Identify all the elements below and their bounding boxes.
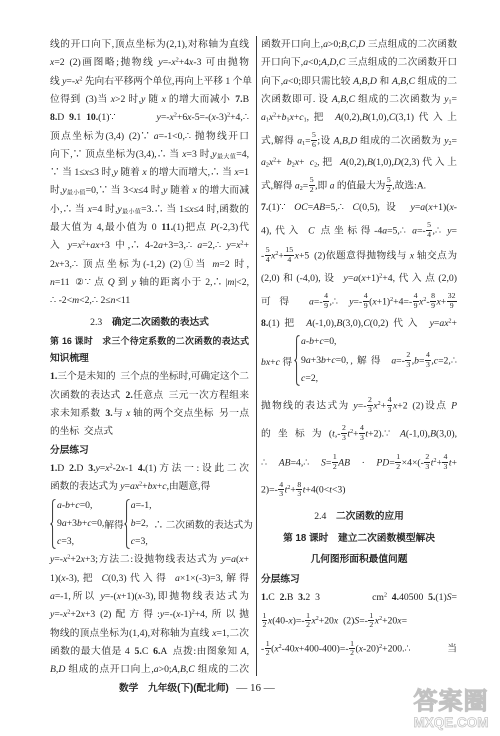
math-variable: A	[400, 428, 406, 439]
superscript: 2	[275, 251, 278, 257]
subscript: 2	[300, 186, 303, 192]
system-lead: bx+c 得	[261, 354, 292, 368]
left-column: 线的开口向下,顶点坐标为(2,1),对称轴为直线 x=2 (2)画图略;抛物线 …	[50, 0, 249, 736]
subscript: 1	[302, 141, 305, 147]
superscript: 2	[139, 482, 142, 488]
subscript: 最小值	[122, 209, 141, 215]
question-number: 2.	[280, 592, 287, 603]
answer-line: 1.C 2.B 3.2 3 cm2 4.40500 5.(1)S=	[261, 589, 457, 607]
question-number: 3.	[105, 408, 112, 419]
fraction-denominator: 4	[284, 256, 294, 265]
superscript: 2	[378, 401, 381, 407]
subsection-heading-knowledge-review: 知识梳理	[50, 350, 249, 368]
equation: c=2,	[301, 370, 348, 389]
superscript: 2	[241, 241, 244, 247]
math-variable: x	[288, 615, 292, 626]
answer-line: 求未知系数 3.与 x 轴的两个交点坐标 另一点	[50, 405, 249, 423]
equation: a-b+c=0,	[57, 497, 104, 515]
math-variable: t	[303, 484, 306, 495]
superscript: 2	[287, 485, 290, 491]
math-variable: ax	[90, 240, 99, 251]
math-variable: y	[447, 225, 451, 236]
math-variable: x	[239, 554, 243, 565]
fraction-denominator: 3	[387, 406, 393, 415]
math-variable: B	[50, 664, 56, 675]
math-variable: x	[50, 57, 54, 68]
answer-line: 函数开口向上,a>0;B,C,D 三点组成的二次函数	[261, 36, 457, 54]
math-variable: x	[295, 643, 299, 654]
fraction: 43	[387, 396, 393, 414]
fraction: 43	[278, 481, 284, 499]
watermark-domain: MXQE.COM	[409, 715, 493, 730]
page-footer: 数学 九年级(下)(配北师) — 16 —	[119, 679, 275, 697]
answer-line: 8.(1)把 A(-1,0),B(3,0),C(0,2)代入 y=ax2+	[261, 315, 457, 333]
math-variable: a	[382, 225, 387, 236]
math-variable: x	[126, 408, 130, 419]
math-variable: y	[353, 400, 357, 411]
math-variable: B	[362, 112, 368, 123]
math-variable: D	[58, 664, 65, 675]
question-number: 7.	[235, 94, 242, 105]
fraction: 52	[309, 176, 315, 194]
fraction: 43	[442, 453, 448, 471]
math-variable: y	[344, 273, 348, 284]
answer-line: 函数的表达式为 y=ax2+bx+c,由题意,得	[50, 478, 249, 496]
math-variable: x	[81, 609, 85, 620]
superscript: 2	[227, 113, 230, 119]
math-variable: y	[132, 277, 136, 288]
answer-line: 1.D 2.D 3.y=x2-2x-1 4.(1)方法一:设此二次	[50, 460, 249, 478]
superscript: 2	[176, 58, 179, 64]
math-variable: AB	[338, 457, 350, 468]
fraction: 329	[447, 292, 457, 310]
math-variable: a	[353, 273, 358, 284]
superscript: 2	[279, 644, 282, 650]
math-variable: C	[349, 94, 355, 105]
math-variable: x	[189, 204, 193, 215]
question-number: 10.	[86, 112, 98, 123]
math-variable: AB	[279, 457, 291, 468]
math-variable: x	[88, 204, 92, 215]
math-variable: x	[187, 112, 191, 123]
math-variable: x	[393, 400, 397, 411]
fraction: 54	[426, 221, 432, 239]
superscript: 2	[67, 610, 70, 616]
fraction-denominator: 6	[311, 141, 317, 150]
fraction-denominator: 3	[278, 490, 284, 499]
math-variable: Q	[108, 277, 115, 288]
superscript: 2	[379, 616, 382, 622]
math-variable: x	[138, 591, 142, 602]
answer-key-page: 线的开口向下,顶点坐标为(2,1),对称轴为直线 x=2 (2)画图略;抛物线 …	[0, 0, 500, 736]
curly-brace-icon	[124, 499, 130, 549]
question-number: 9.	[69, 112, 76, 123]
answer-line: a=-1,所以 y=-(x+1)(x-3),即抛物线表达式为	[50, 588, 249, 606]
math-variable: b	[65, 500, 70, 511]
answer-line: -54x2+154x+5 (2)依题意得抛物线与 x 轴交点为	[261, 247, 457, 265]
math-variable: C	[102, 573, 108, 584]
math-variable: y	[68, 240, 72, 251]
math-variable: a	[57, 500, 62, 511]
fraction-denominator: 2	[262, 621, 268, 630]
superscript: 2	[316, 616, 319, 622]
superscript: 2	[449, 318, 452, 324]
answer-line: a1x2+b1x+c1,把 A(0,2),B(1,0),C(3,1)代入上	[261, 109, 457, 127]
fraction: 83	[296, 481, 302, 499]
answer-line: 时,y最小值=0,∵ 当 3<x≤4 时,y 随着 x 的增大而减	[50, 182, 249, 200]
math-variable: PD	[376, 457, 389, 468]
math-variable: A	[334, 135, 340, 146]
math-variable: ax	[130, 481, 139, 492]
math-variable: y	[349, 296, 353, 307]
superscript: 2	[273, 113, 276, 119]
math-variable: a	[391, 355, 396, 366]
math-variable: x	[334, 615, 338, 626]
math-variable: C	[339, 57, 345, 68]
subsection-heading-layered-practice: 分层练习	[50, 442, 249, 460]
math-variable: OC	[294, 202, 307, 213]
equation: 9a+3b+c=0,	[57, 515, 104, 533]
math-variable: x	[397, 615, 401, 626]
answer-line: 8.D 9.1 10.(1)∵ y=-x2+6x-5=-(x-3)2+4,∴	[50, 109, 249, 127]
question-number: 1.	[50, 371, 57, 382]
answer-line: 1.三个是未知的 三个点的坐标时,可确定这个二	[50, 368, 249, 386]
fraction-denominator: 2	[386, 186, 392, 195]
fraction: 12	[395, 453, 401, 471]
answer-line: 函数的最大值是 4 5.C 6.A 点拨:由图象知 A,	[50, 643, 249, 661]
fraction-denominator: 4	[426, 231, 432, 240]
answer-line: 可得 a=-49,∴ y=-49(x+1)2+4=-49x2-89x+329	[261, 293, 457, 311]
curly-brace-icon	[294, 335, 300, 386]
math-variable: y	[221, 554, 225, 565]
answer-line: 1)(x-3),把 C(0,3)代入得 a×1×(-3)=3,解得	[50, 570, 249, 588]
math-variable: b	[131, 518, 136, 529]
fraction: 43	[359, 424, 365, 442]
math-variable: C	[363, 318, 369, 329]
math-variable: x	[121, 463, 125, 474]
math-variable: y	[50, 609, 54, 620]
fraction-denominator: 3	[425, 361, 431, 370]
math-variable: m	[212, 259, 219, 270]
math-variable: x	[449, 202, 453, 213]
math-variable: y	[226, 240, 230, 251]
equation: c=3,	[57, 533, 104, 551]
subscript: 2	[449, 141, 452, 147]
answer-line: 2x+3,∴ 顶点坐标为(-1,2) (2)①当 m=2 时,	[50, 256, 249, 274]
superscript: 2	[174, 113, 177, 119]
math-variable: ax	[439, 318, 448, 329]
fraction: 12	[349, 640, 355, 658]
math-variable: a	[197, 240, 202, 251]
answer-line: 12x(40-x)=-12x2+20x (2)S=-12x2+20x=	[261, 612, 457, 630]
math-variable: x	[117, 591, 121, 602]
question-number: 7.	[261, 202, 268, 213]
math-variable: B	[336, 318, 342, 329]
math-variable: x	[410, 250, 414, 261]
math-variable: x	[212, 628, 216, 639]
fraction: 12	[265, 640, 271, 658]
math-variable: a	[154, 131, 159, 142]
math-variable: c	[75, 500, 79, 511]
fraction-denominator: 2	[309, 186, 315, 195]
fraction-denominator: 3	[424, 463, 430, 472]
math-variable: D	[370, 76, 377, 87]
math-variable: C	[353, 202, 359, 213]
question-number: 2.	[69, 463, 76, 474]
math-variable: a	[175, 573, 180, 584]
math-variable: y	[158, 57, 162, 68]
fraction: 23	[341, 424, 347, 442]
math-variable: m	[227, 277, 234, 288]
superscript: 2	[379, 644, 382, 650]
superscript: 2	[350, 429, 353, 435]
math-variable: x	[436, 296, 440, 307]
bold-text: 二次函数的应用	[336, 511, 404, 522]
answer-line: y=-x2+2x+3 (2)配方得:y=-(x-1)2+4,所以抛	[50, 606, 249, 624]
math-variable: A	[392, 76, 398, 87]
math-variable: a	[309, 296, 314, 307]
lesson-title-line-2: 几何图形面积最值问题	[261, 551, 457, 569]
math-variable: S	[447, 592, 452, 603]
math-variable: AB	[313, 202, 325, 213]
math-variable: x	[134, 185, 138, 196]
math-variable: B	[367, 157, 373, 168]
math-variable: y	[157, 112, 161, 123]
question-number: 6.	[153, 646, 160, 657]
answer-line: 式,解得 a1=56;设 A,B,D 组成的二次函数为 y2=	[261, 132, 457, 150]
fraction: 12	[262, 612, 268, 630]
math-variable: x	[193, 185, 197, 196]
math-variable: B	[341, 39, 347, 50]
lesson-title-line-1: 第 18 课时 建立二次函数模型解决	[261, 530, 457, 548]
question-number: 4.	[392, 592, 399, 603]
math-variable: x	[176, 609, 180, 620]
answer-line: a2x2+ b2x+ c2,把 A(0,2),B(1,0),D(2,3)代入上	[261, 154, 457, 172]
superscript: 2	[67, 555, 70, 561]
math-variable: y	[62, 76, 66, 87]
math-variable: x	[61, 573, 65, 584]
superscript: 2	[82, 241, 85, 247]
superscript: 2	[390, 297, 393, 303]
math-variable: A	[172, 664, 178, 675]
math-variable: A	[306, 318, 312, 329]
math-variable: y	[100, 591, 104, 602]
math-variable: y	[114, 167, 118, 178]
question-number: 2.	[125, 390, 132, 401]
system-equations: a-b+c=0, 9a+3b+c=0, c=2,	[301, 333, 348, 389]
math-variable: D	[329, 57, 336, 68]
solution-value: b=2,	[131, 515, 152, 533]
superscript: 2	[273, 158, 276, 164]
answer-line: 入 y=x2+ax+3 中,∴ 4-2a+3=3,∴ a=2,∴ y=x2+	[50, 237, 249, 255]
system-solution: a=-1, b=2, c=3,	[131, 497, 152, 552]
fraction: 12	[368, 612, 374, 630]
math-variable: c	[87, 518, 91, 529]
question-number: 1.	[50, 463, 57, 474]
answer-line: 线 y=-x2 先向右平移两个单位,再向上平移 1 个单	[50, 73, 249, 91]
math-variable: c	[162, 481, 166, 492]
math-variable: A	[321, 57, 327, 68]
math-variable: b	[414, 355, 419, 366]
superscript: 2	[79, 76, 82, 82]
answer-line: 物线的顶点坐标为(1,4),对称轴为直线 x=1,二次	[50, 625, 249, 643]
math-variable: b	[77, 518, 82, 529]
fraction-denominator: 2	[395, 463, 401, 472]
subscript: 2	[314, 163, 317, 169]
answer-line: 向下,∵ 顶点坐标为(3,4),∴ 当 x=3 时,y最大值=4,	[50, 146, 249, 164]
subscript: 最小值	[67, 191, 86, 197]
system-conclusion: ∴ 二次函数的表达式为	[154, 517, 253, 531]
math-variable: a	[154, 664, 159, 675]
solution-value: c=3,	[131, 533, 152, 551]
subscript: 1	[304, 118, 307, 124]
math-variable: C	[349, 39, 355, 50]
math-variable: A	[340, 157, 346, 168]
math-variable: x	[85, 167, 89, 178]
fraction: 12	[305, 612, 311, 630]
footer-subject: 数学 九年级(下)(配北师)	[119, 683, 229, 694]
equation-system: a-b+c=0, 9a+3b+c=0, c=3, 解得 a=-1, b=2, c…	[50, 497, 249, 552]
math-variable: x	[268, 615, 272, 626]
math-variable: D	[358, 39, 365, 50]
math-variable: y	[430, 318, 434, 329]
math-variable: c	[319, 336, 323, 347]
math-variable: bx	[261, 357, 270, 368]
superscript: 2	[384, 593, 387, 599]
math-variable: a	[412, 225, 417, 236]
math-variable: D	[350, 135, 357, 146]
fraction-denominator: 2	[349, 649, 355, 658]
question-number: 5.	[135, 646, 142, 657]
math-variable: P	[451, 400, 457, 411]
math-variable: A	[353, 76, 359, 87]
answer-line: 抛物线的表达式为 y=-23x2+43x+2 (2)设点 P	[261, 397, 457, 415]
answer-line: n=11 ②∵ 点 Q 到 y 轴的距离小于 2,∴ |m|<2,	[50, 274, 249, 292]
fraction-denominator: 2	[305, 621, 311, 630]
system-result: ,解得 a=-23,b=43,c=2,∴	[350, 352, 457, 370]
math-variable: A	[332, 94, 338, 105]
math-variable: c	[301, 373, 305, 384]
section-heading: 2.3 确定二次函数的表达式	[50, 314, 249, 332]
math-variable: y	[160, 609, 164, 620]
answer-line: 位得到 (3)当 x>2 时,y 随 x 的增大而减小 7.B	[50, 91, 249, 109]
solve-label: 解得	[104, 517, 123, 531]
fraction-denominator: 9	[447, 302, 457, 311]
subscript: 1	[449, 100, 452, 106]
fraction: 43	[425, 351, 431, 369]
answer-line: 小,∴ 当 x=4 时,y最小值=3.∴ 当 1≤x≤4 时,函数的	[50, 201, 249, 219]
curly-brace-icon	[50, 499, 56, 549]
section-heading: 2.4 二次函数的应用	[261, 508, 457, 526]
math-variable: C	[188, 664, 194, 675]
answer-line: 的坐标为(t,-23t2+43t+2).∵ A(-1,0),B(3,0),	[261, 425, 457, 443]
answer-line: 2)=-43t2+83t+4(0<t<3)	[261, 481, 457, 499]
fraction: 54	[265, 246, 271, 264]
math-variable: t	[332, 428, 335, 439]
fraction-denominator: 3	[341, 434, 347, 443]
math-variable: C	[308, 225, 314, 236]
fraction-denominator: 3	[367, 406, 373, 415]
fraction-denominator: 3	[359, 434, 365, 443]
fraction: 23	[424, 453, 430, 471]
math-variable: B	[362, 76, 368, 87]
question-number: 8.	[261, 318, 268, 329]
math-variable: B	[342, 135, 348, 146]
math-variable: a	[323, 39, 328, 50]
math-variable: m	[72, 295, 79, 306]
fraction-denominator: 2	[332, 463, 338, 472]
answer-line: 开口向下,a<0;A,D,C 三点组成的二次函数开口	[261, 54, 457, 72]
answer-line: 次函数即可. 设 A,B,C 组成的二次函数为 y1=	[261, 91, 457, 109]
answer-line: -12(x2-40x+400-400)=-12(x-20)2+200.∴ 当	[261, 640, 457, 658]
answer-line: ∴ AB=4,∴ S=12AB · PD=12×4×(-23t2+43t+	[261, 454, 457, 472]
solution-value: a=-1,	[131, 497, 152, 515]
math-variable: x	[289, 112, 293, 123]
math-variable: C	[409, 76, 415, 87]
superscript: 2	[192, 610, 195, 616]
math-variable: t	[329, 484, 332, 495]
math-variable: c	[131, 536, 135, 547]
fraction: 49	[413, 292, 419, 310]
answer-line: 4),代入 C 点坐标得-4a=5,∴ a=-54,∴ y=	[261, 222, 457, 240]
math-variable: a	[306, 355, 311, 366]
right-column: 函数开口向上,a>0;B,C,D 三点组成的二次函数 开口向下,a<0;A,D,…	[261, 0, 457, 736]
subsection-heading-layered-practice: 分层练习	[261, 571, 457, 589]
math-variable: A	[241, 646, 247, 657]
answer-line: (2,0)和(-4,0),设 y=a(x+1)2+4,代入点(2,0)	[261, 270, 457, 288]
math-variable: a	[301, 336, 306, 347]
math-variable: n	[111, 295, 116, 306]
math-variable: B	[430, 428, 436, 439]
math-variable: c	[331, 355, 335, 366]
math-variable: a	[62, 518, 67, 529]
math-variable: B	[180, 664, 186, 675]
question-number: 5.	[428, 592, 435, 603]
fraction: 23	[405, 351, 411, 369]
fraction: 49	[323, 292, 329, 310]
math-variable: bx	[148, 481, 157, 492]
system-equations: a-b+c=0, 9a+3b+c=0, c=3,	[57, 497, 104, 552]
math-variable: x	[295, 250, 299, 261]
fraction-denominator: 2	[368, 621, 374, 630]
math-variable: C	[389, 112, 395, 123]
math-variable: b	[309, 336, 314, 347]
math-variable: y	[141, 94, 145, 105]
math-variable: n	[50, 277, 55, 288]
question-number: 3.	[298, 592, 305, 603]
fraction-denominator: 3	[405, 361, 411, 370]
math-variable: c	[276, 357, 280, 368]
bold-text: 确定二次函数的表达式	[112, 317, 209, 328]
math-variable: x	[359, 643, 363, 654]
math-variable: x	[211, 112, 215, 123]
page-number: — 16 —	[236, 682, 275, 694]
column-divider	[256, 36, 257, 676]
lesson-title: 第 16 课时 求三个待定系数的二次函数的表达式	[50, 332, 249, 350]
question-number: 11.	[161, 222, 173, 233]
math-variable: x	[428, 202, 432, 213]
math-variable: a	[303, 57, 308, 68]
question-number: 4.	[138, 463, 145, 474]
superscript: 2	[110, 464, 113, 470]
fraction-denominator: 9	[430, 302, 436, 311]
math-variable: t	[449, 457, 452, 468]
fraction-denominator: 2	[265, 649, 271, 658]
subscript: 最大值	[217, 154, 237, 160]
math-variable: c	[57, 536, 61, 547]
fraction: 154	[284, 246, 294, 264]
answer-line: B,D 组成的点开口向上,a>0;A,B,C 组成的二次	[50, 661, 249, 679]
